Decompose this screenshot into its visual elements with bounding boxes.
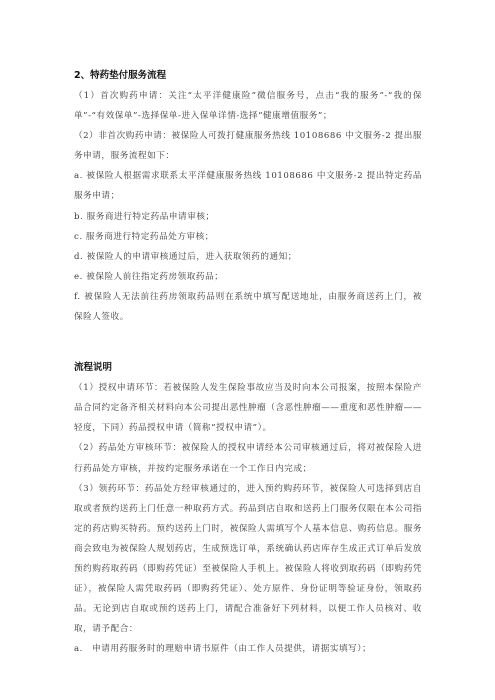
document-page: 2、特药垫付服务流程 （1）首次购药申请：关注“太平洋健康险”微信服务号，点击“… bbox=[74, 66, 422, 659]
step-d: d. 被保险人的申请审核通过后，进入获取领药的通知； bbox=[74, 247, 422, 267]
paragraph-non-first-purchase: （2）非首次购药申请：被保险人可拨打健康服务热线 10108686 中文服务-2… bbox=[74, 126, 422, 166]
section-heading-process-notes: 流程说明 bbox=[74, 358, 422, 378]
step-b: b. 服务商进行特定药品申请审核； bbox=[74, 207, 422, 227]
step-a: a. 被保险人根据需求联系太平洋健康服务热线 10108686 中文服务-2 提… bbox=[74, 166, 422, 206]
paragraph-authorization: （1）授权申请环节：若被保险人发生保险事故应当及时向本公司报案，按照本保险产品合… bbox=[74, 378, 422, 438]
material-item-a: a. 申请用药服务时的理赔申请书原件（由工作人员提供，请据实填写）； bbox=[74, 639, 422, 659]
paragraph-prescription-review: （2）药品处方审核环节：被保险人的授权申请经本公司审核通过后，将对被保险人进行药… bbox=[74, 438, 422, 478]
step-c: c. 服务商进行特定药品处方审核； bbox=[74, 227, 422, 247]
step-e: e. 被保险人前往指定药房领取药品； bbox=[74, 267, 422, 287]
section-spacer bbox=[74, 327, 422, 358]
paragraph-drug-pickup: （3）领药环节：药品处方经审核通过的，进入预约购药环节，被保险人可选择到店自取或… bbox=[74, 479, 422, 640]
section-heading-special-drug-process: 2、特药垫付服务流程 bbox=[74, 66, 422, 86]
step-f: f. 被保险人无法前往药房领取药品则在系统中填写配送地址，由服务商送药上门，被保… bbox=[74, 287, 422, 327]
paragraph-first-purchase: （1）首次购药申请：关注“太平洋健康险”微信服务号，点击“我的服务”-“我的保单… bbox=[74, 86, 422, 126]
